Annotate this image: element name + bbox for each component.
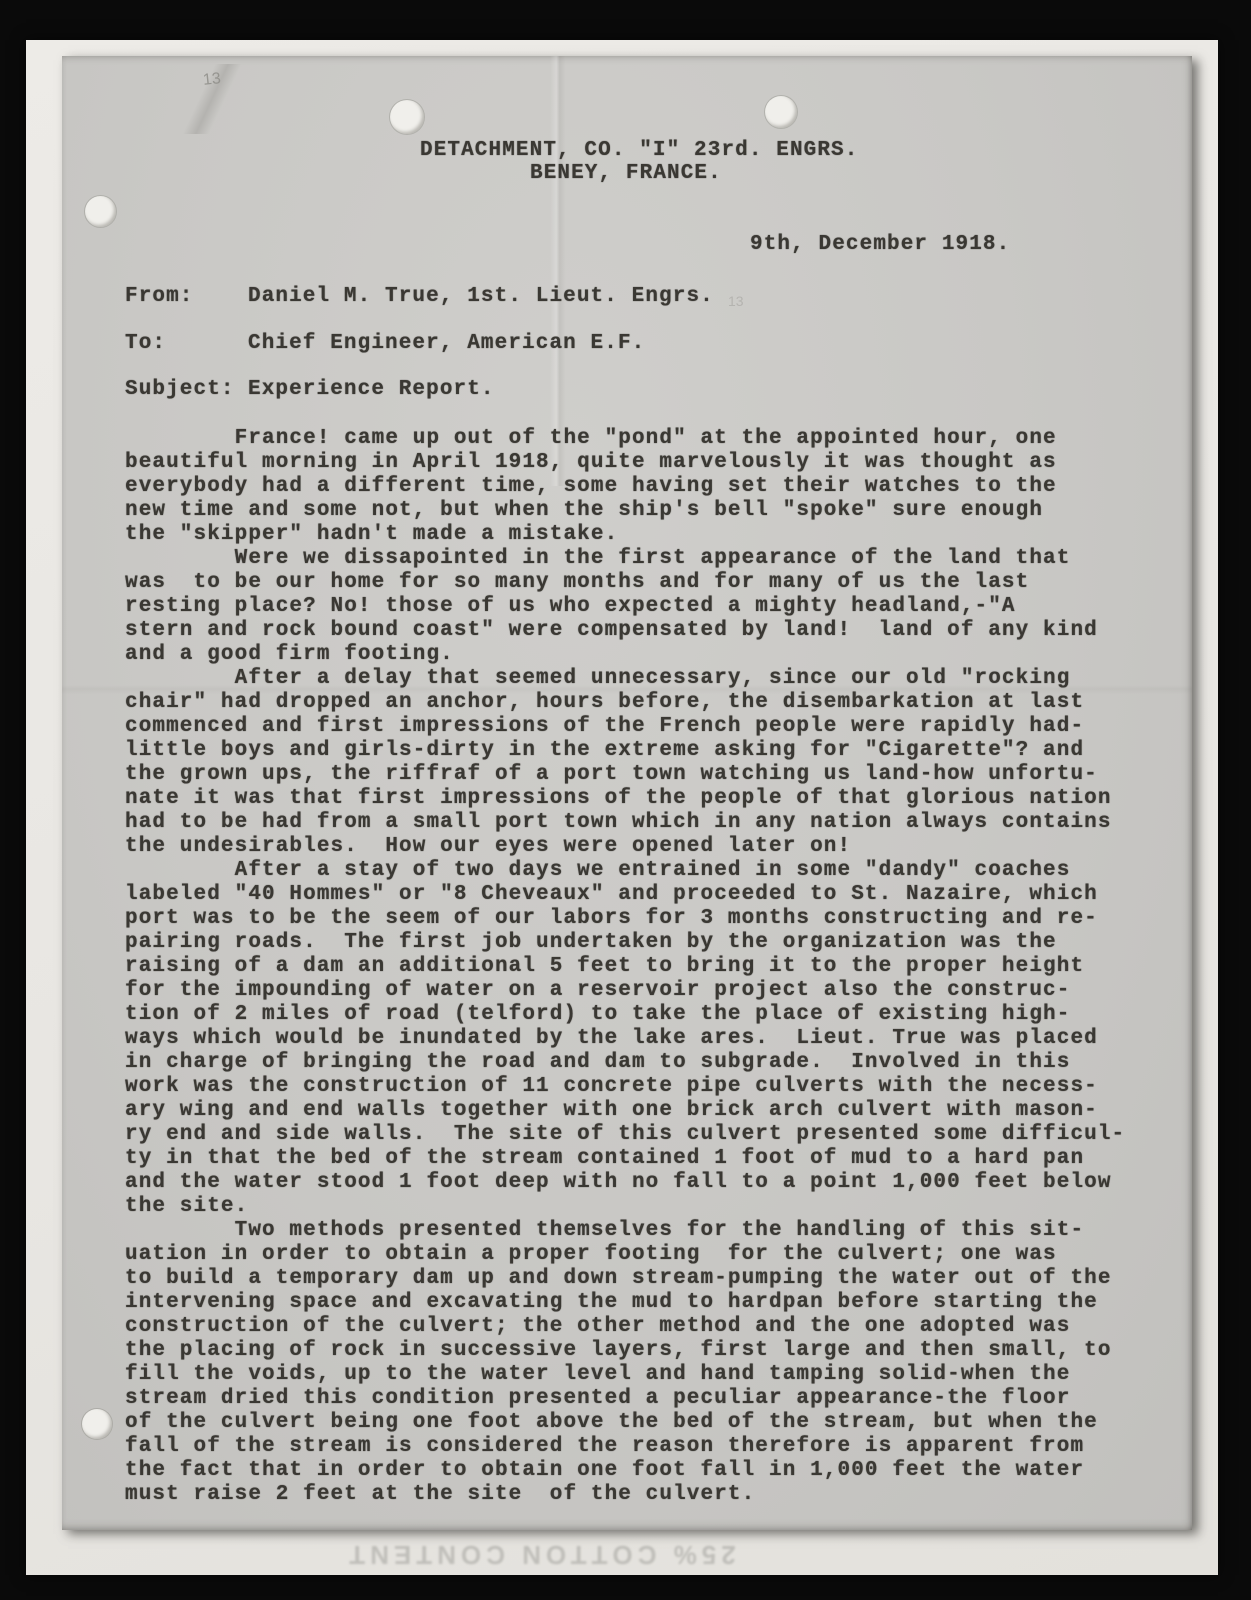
body-line: commenced and first impressions of the F… [125, 715, 1125, 739]
body-line: for the impounding of water on a reservo… [125, 979, 1125, 1003]
to-label: To: [125, 332, 248, 356]
body-line: the fact that in order to obtain one foo… [125, 1459, 1125, 1483]
cotton-content-watermark: 25% COTTON CONTENT [300, 1538, 780, 1570]
to-value: Chief Engineer, American E.F. [248, 332, 645, 355]
body-line: ry end and side walls. The site of this … [125, 1123, 1125, 1147]
to-row: To:Chief Engineer, American E.F. [125, 332, 645, 356]
scanned-document: 25% COTTON CONTENT 13 13 DETACHMENT, CO.… [0, 0, 1251, 1600]
from-label: From: [125, 285, 248, 309]
body-line: stern and rock bound coast" were compens… [125, 619, 1125, 643]
body-line: nate it was that first impressions of th… [125, 787, 1125, 811]
from-row: From:Daniel M. True, 1st. Lieut. Engrs. [125, 285, 714, 309]
from-value: Daniel M. True, 1st. Lieut. Engrs. [248, 285, 714, 308]
letterhead-unit: DETACHMENT, CO. "I" 23rd. ENGRS. [420, 139, 858, 163]
body-line: must raise 2 feet at the site of the cul… [125, 1483, 1125, 1507]
body-line: to build a temporary dam up and down str… [125, 1267, 1125, 1291]
body-line: fill the voids, up to the water level an… [125, 1363, 1125, 1387]
body-line: beautiful morning in April 1918, quite m… [125, 451, 1125, 475]
body-line: port was to be the seem of our labors fo… [125, 907, 1125, 931]
subject-value: Experience Report. [248, 378, 495, 401]
body-line: ty in that the bed of the stream contain… [125, 1147, 1125, 1171]
body-line: was to be our home for so many months an… [125, 571, 1125, 595]
crease-line [540, 56, 574, 486]
body-line: everybody had a different time, some hav… [125, 475, 1125, 499]
body-line: stream dried this condition presented a … [125, 1387, 1125, 1411]
body-line: the "skipper" hadn't made a mistake. [125, 523, 1125, 547]
subject-row: Subject:Experience Report. [125, 378, 495, 402]
body-line: pairing roads. The first job undertaken … [125, 931, 1125, 955]
document-page: 13 13 DETACHMENT, CO. "I" 23rd. ENGRS. B… [62, 56, 1192, 1530]
body-line: chair" had dropped an anchor, hours befo… [125, 691, 1125, 715]
body-line: After a stay of two days we entrained in… [125, 859, 1125, 883]
body-line: of the culvert being one foot above the … [125, 1411, 1125, 1435]
body-line: France! came up out of the "pond" at the… [125, 427, 1125, 451]
body-line: little boys and girls-dirty in the extre… [125, 739, 1125, 763]
body-line: After a delay that seemed unnecessary, s… [125, 667, 1125, 691]
punch-hole-icon [82, 1409, 112, 1439]
body-line: resting place? No! those of us who expec… [125, 595, 1125, 619]
body-line: work was the construction of 11 concrete… [125, 1075, 1125, 1099]
body-line: Were we dissapointed in the first appear… [125, 547, 1125, 571]
date-line: 9th, December 1918. [750, 233, 1010, 257]
letterhead-location: BENEY, FRANCE. [530, 162, 722, 186]
body-line: the placing of rock in successive layers… [125, 1339, 1125, 1363]
body-line: the grown ups, the riffraf of a port tow… [125, 763, 1125, 787]
body-line: Two methods presented themselves for the… [125, 1219, 1125, 1243]
body-line: fall of the stream is considered the rea… [125, 1435, 1125, 1459]
body-line: uation in order to obtain a proper footi… [125, 1243, 1125, 1267]
body-line: ways which would be inundated by the lak… [125, 1027, 1125, 1051]
body-line: and the water stood 1 foot deep with no … [125, 1171, 1125, 1195]
body-line: had to be had from a small port town whi… [125, 811, 1125, 835]
body-line: the site. [125, 1195, 1125, 1219]
body-line: labeled "40 Hommes" or "8 Cheveaux" and … [125, 883, 1125, 907]
pencil-mark: 13 [202, 70, 222, 90]
body-line: new time and some not, but when the ship… [125, 499, 1125, 523]
punch-hole-icon [85, 196, 116, 227]
body-line: raising of a dam an additional 5 feet to… [125, 955, 1125, 979]
punch-hole-icon [765, 96, 797, 128]
body-text: France! came up out of the "pond" at the… [125, 427, 1125, 1507]
body-line: in charge of bringing the road and dam t… [125, 1051, 1125, 1075]
body-line: the undesirables. How our eyes were open… [125, 835, 1125, 859]
punch-hole-icon [390, 100, 424, 134]
body-line: intervening space and excavating the mud… [125, 1291, 1125, 1315]
pencil-mark: 13 [728, 293, 744, 309]
body-line: ary wing and end walls together with one… [125, 1099, 1125, 1123]
body-line: tion of 2 miles of road (telford) to tak… [125, 1003, 1125, 1027]
subject-label: Subject: [125, 378, 248, 402]
body-line: and a good firm footing. [125, 643, 1125, 667]
body-line: construction of the culvert; the other m… [125, 1315, 1125, 1339]
